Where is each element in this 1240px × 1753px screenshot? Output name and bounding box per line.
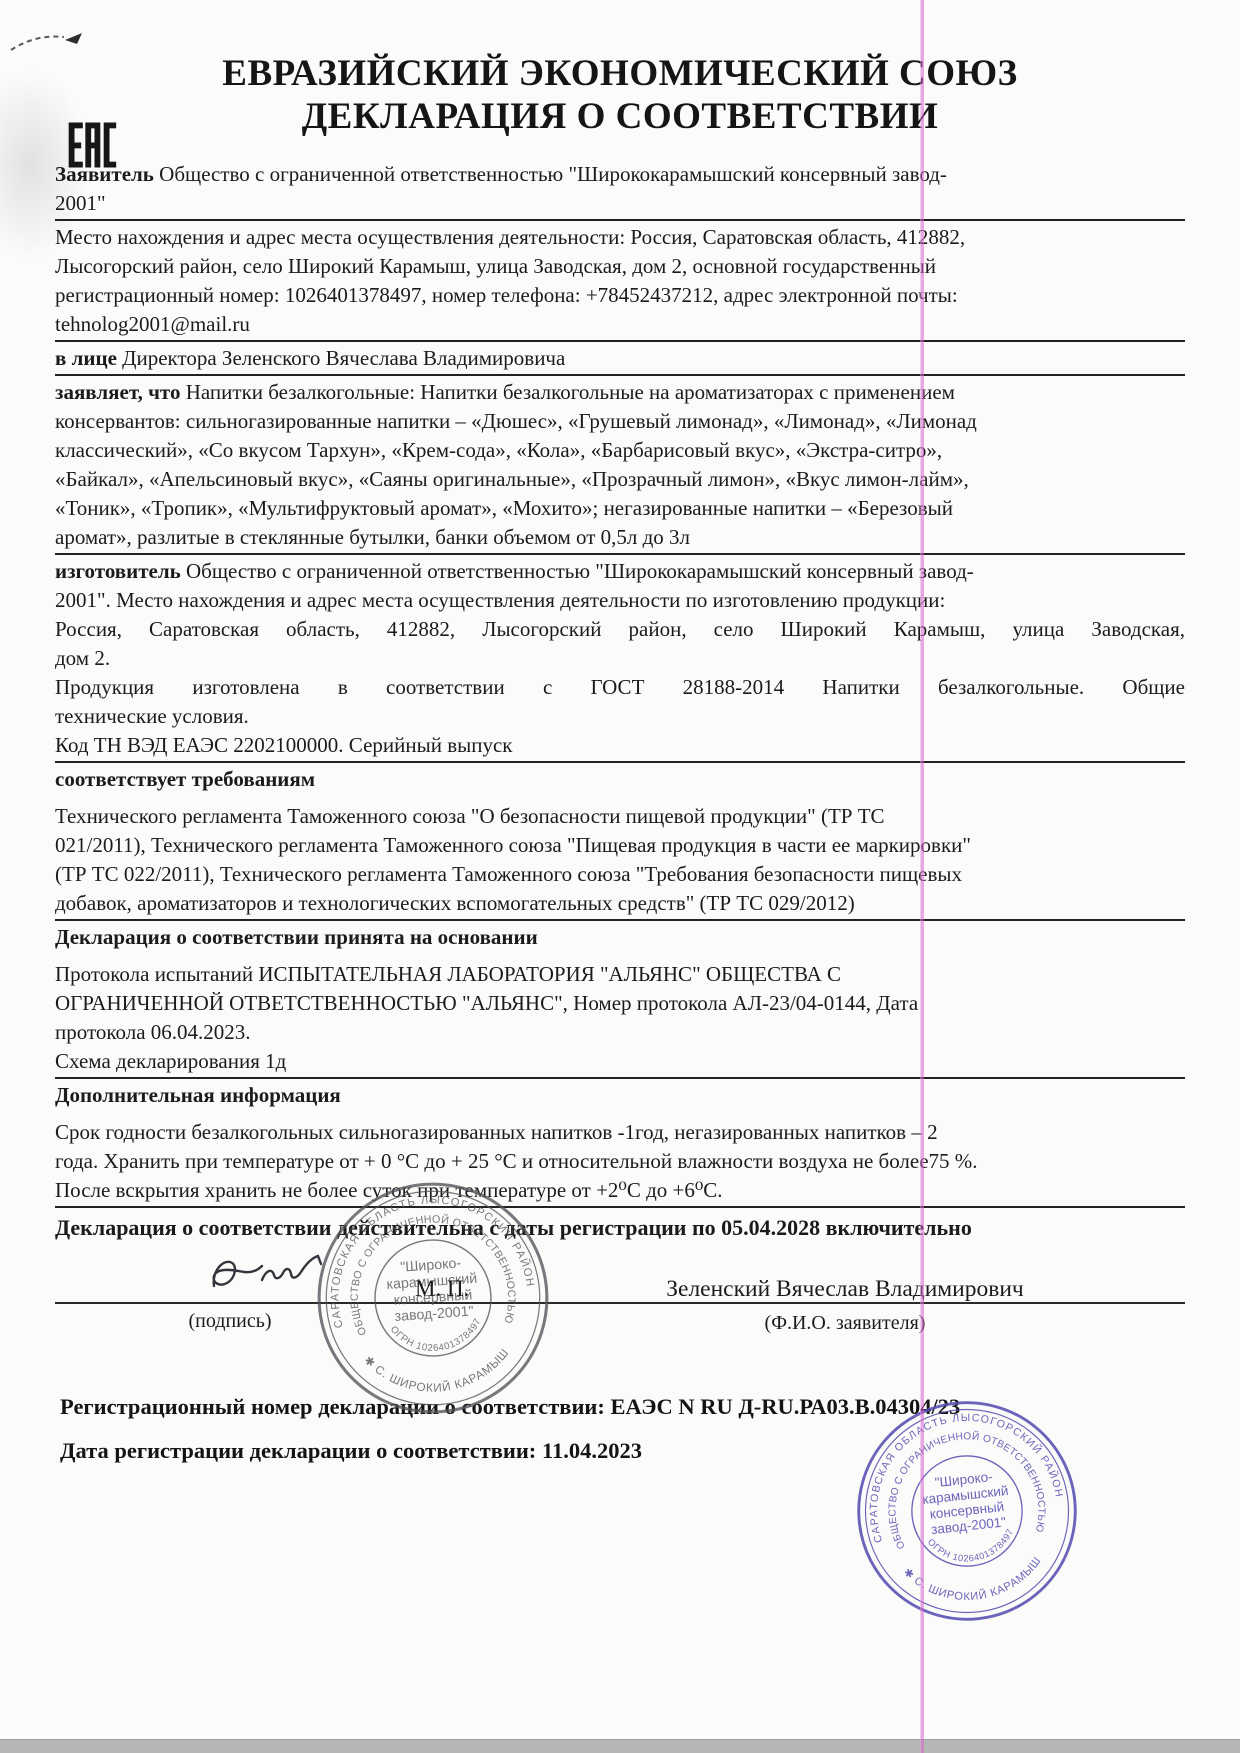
company-stamp-purple: САРАТОВСКАЯ ОБЛАСТЬ ЛЫСОГОРСКИЙ РАЙОН ОБ… bbox=[838, 1371, 1096, 1652]
declares-label: заявляет, что bbox=[55, 380, 180, 404]
after-opening-line: После вскрытия хранить не более суток пр… bbox=[55, 1176, 1185, 1205]
manufacturer-line: Россия, Саратовская область, 412882, Лыс… bbox=[55, 615, 1185, 644]
manufacturer-label: изготовитель bbox=[55, 559, 181, 583]
fullname-caption: (Ф.И.О. заявителя) bbox=[700, 1312, 990, 1335]
stamp-place-label: М. П. bbox=[415, 1276, 469, 1302]
tnved-code-line: Код ТН ВЭД ЕАЭС 2202100000. Серийный вып… bbox=[55, 731, 1185, 760]
union-title: ЕВРАЗИЙСКИЙ ЭКОНОМИЧЕСКИЙ СОЮЗ bbox=[0, 52, 1240, 95]
signature-caption: (подпись) bbox=[140, 1310, 320, 1333]
scan-edge-bar bbox=[0, 1739, 1240, 1753]
protocol-line: Протокола испытаний ИСПЫТАТЕЛЬНАЯ ЛАБОРА… bbox=[55, 960, 1185, 989]
manufacturer-line: дом 2. bbox=[55, 644, 1185, 673]
basis-section: Декларация о соответствии принята на осн… bbox=[55, 923, 1185, 1079]
registration-date-value: 11.04.2023 bbox=[542, 1438, 642, 1463]
regulation-line: Технического регламента Таможенного союз… bbox=[55, 802, 1185, 831]
basis-header: Декларация о соответствии принята на осн… bbox=[55, 923, 1185, 952]
shelf-life-line: Срок годности безалкогольных сильногазир… bbox=[55, 1118, 1185, 1147]
applicant-label: Заявитель bbox=[55, 162, 154, 186]
applicant-text-2: 2001" bbox=[55, 189, 1185, 218]
declares-section: заявляет, что Напитки безалкогольные: На… bbox=[55, 378, 1185, 555]
product-description-line: классический», «Со вкусом Тархун», «Крем… bbox=[55, 436, 1185, 465]
location-line: Место нахождения и адрес места осуществл… bbox=[55, 223, 1185, 252]
applicant-fullname: Зеленский Вячеслав Владимирович bbox=[640, 1276, 1050, 1303]
declaration-document: ЕВРАЗИЙСКИЙ ЭКОНОМИЧЕСКИЙ СОЮЗ ДЕКЛАРАЦИ… bbox=[0, 0, 1240, 1753]
gost-line-2: технические условия. bbox=[55, 702, 1185, 731]
declaration-scheme-line: Схема декларирования 1д bbox=[55, 1047, 1185, 1076]
document-body: Заявитель Общество с ограниченной ответс… bbox=[55, 160, 1185, 1242]
signature-rule bbox=[55, 1302, 1185, 1304]
representative-label: в лице bbox=[55, 346, 117, 370]
manufacturer-line: 2001". Место нахождения и адрес места ос… bbox=[55, 586, 1185, 615]
registration-date-line: Дата регистрации декларации о соответств… bbox=[60, 1438, 642, 1464]
applicant-text: Общество с ограниченной ответственностью… bbox=[159, 162, 947, 186]
location-line: Лысогорский район, село Широкий Карамыш,… bbox=[55, 252, 1185, 281]
protocol-date-line: протокола 06.04.2023. bbox=[55, 1018, 1185, 1047]
location-section: Место нахождения и адрес места осуществл… bbox=[55, 223, 1185, 342]
scan-artifact-line bbox=[921, 0, 924, 1753]
product-description: Напитки безалкогольные: Напитки безалког… bbox=[186, 380, 955, 404]
regulation-line: добавок, ароматизаторов и технологически… bbox=[55, 889, 1185, 918]
document-title: ДЕКЛАРАЦИЯ О СООТВЕТСТВИИ bbox=[0, 95, 1240, 138]
location-line: регистрационный номер: 1026401378497, но… bbox=[55, 281, 1185, 310]
handwritten-signature bbox=[200, 1250, 330, 1302]
manufacturer-text: Общество с ограниченной ответственностью… bbox=[186, 559, 974, 583]
additional-info-header: Дополнительная информация bbox=[55, 1081, 1185, 1110]
applicant-email: tehnolog2001@mail.ru bbox=[55, 310, 1185, 339]
regulation-line: 021/2011), Технического регламента Тамож… bbox=[55, 831, 1185, 860]
compliance-header: соответствует требованиям bbox=[55, 765, 1185, 794]
regulation-line: (ТР ТС 022/2011), Технического регламент… bbox=[55, 860, 1185, 889]
representative-section: в лице Директора Зеленского Вячеслава Вл… bbox=[55, 344, 1185, 376]
validity-statement: Декларация о соответствии действительна … bbox=[55, 1213, 1185, 1242]
registration-date-label: Дата регистрации декларации о соответств… bbox=[60, 1438, 536, 1463]
additional-info-section: Дополнительная информация Срок годности … bbox=[55, 1081, 1185, 1208]
product-description-line: консервантов: сильногазированные напитки… bbox=[55, 407, 1185, 436]
compliance-section: соответствует требованиям Технического р… bbox=[55, 765, 1185, 921]
manufacturer-section: изготовитель Общество с ограниченной отв… bbox=[55, 557, 1185, 763]
representative-name: Директора Зеленского Вячеслава Владимиро… bbox=[122, 346, 565, 370]
product-description-line: «Тоник», «Тропик», «Мультифруктовый аром… bbox=[55, 494, 1185, 523]
applicant-section: Заявитель Общество с ограниченной ответс… bbox=[55, 160, 1185, 221]
product-description-line: «Байкал», «Апельсиновый вкус», «Саяны ор… bbox=[55, 465, 1185, 494]
protocol-line: ОГРАНИЧЕННОЙ ОТВЕТСТВЕННОСТЬЮ "АЛЬЯНС", … bbox=[55, 989, 1185, 1018]
gost-line: Продукция изготовлена в соответствии с Г… bbox=[55, 673, 1185, 702]
storage-line: года. Хранить при температуре от + 0 °С … bbox=[55, 1147, 1185, 1176]
product-description-line: аромат», разлитые в стеклянные бутылки, … bbox=[55, 523, 1185, 552]
